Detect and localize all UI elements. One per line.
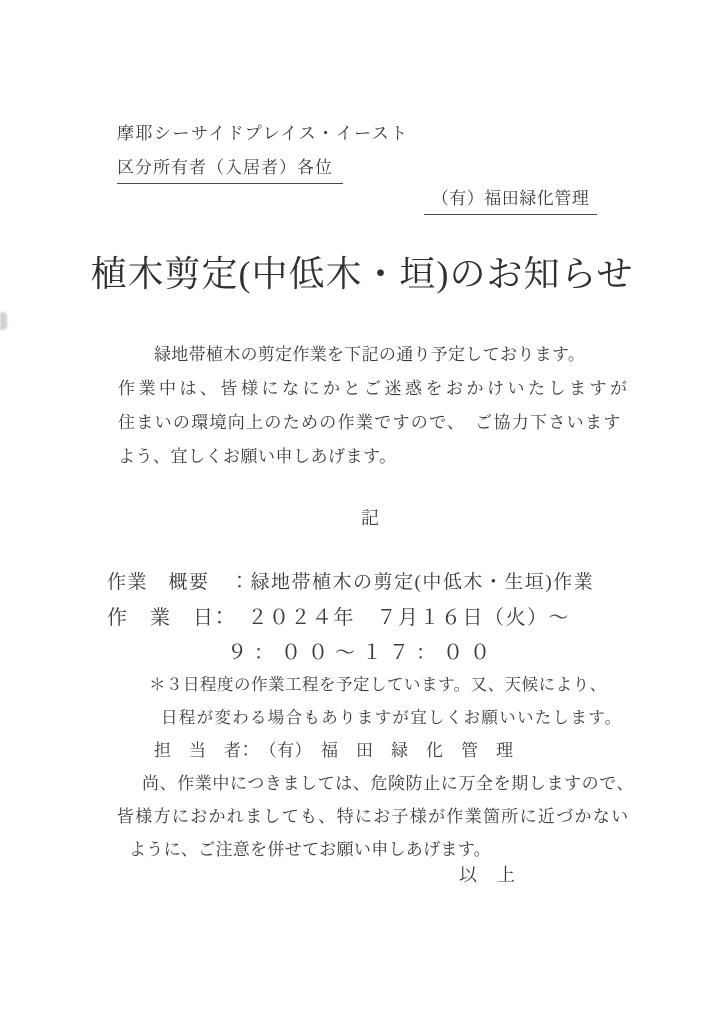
intro-line-2: 作業中は、皆様になにかとご迷惑をおかけいたしますが	[118, 372, 638, 406]
work-overview-line: 作業 概要 ：緑地帯植木の剪定(中低木・生垣)作業	[107, 567, 594, 594]
closing-marker: 以 上	[459, 861, 516, 887]
scan-artifact-smudge	[0, 312, 7, 330]
work-time-line: ９：００～１７：００	[0, 636, 724, 665]
intro-line-4: よう、宜しくお願い申しあげます。	[118, 440, 638, 474]
record-marker: 記	[0, 504, 724, 530]
schedule-note-line-2: 日程が変わる場合もありますが宜しくお願いいたします。	[161, 704, 622, 728]
caution-line-1: 尚、作業中につきましては、危険防止に万全を期しますので、	[142, 769, 634, 794]
recipient-addressee-line: 区分所有者（入居者）各位	[117, 153, 343, 184]
sender-company-name: （有）福田緑化管理	[424, 184, 597, 215]
schedule-note-line-1: ＊３日程度の作業工程を予定しています。又、天候により、	[149, 671, 607, 695]
work-date-line: 作 業 日： ２０２４年 ７月１６日（火）～	[107, 601, 570, 630]
staff-in-charge-line: 担 当 者： （有） 福 田 緑 化 管 理	[154, 736, 514, 761]
intro-paragraph: 緑地帯植木の剪定作業を下記の通り予定しております。 作業中は、皆様になにかとご迷…	[118, 338, 638, 474]
intro-line-1: 緑地帯植木の剪定作業を下記の通り予定しております。	[118, 338, 638, 372]
recipient-building-name: 摩耶シーサイドプレイス・イースト	[117, 119, 409, 144]
document-title: 植木剪定(中低木・垣)のお知らせ	[0, 246, 724, 297]
intro-line-3: 住まいの環境向上のための作業ですので、 ご協力下さいます	[118, 406, 638, 440]
caution-line-3: ように、ご注意を併せてお願い申しあげます。	[129, 835, 491, 860]
notice-document-page: 摩耶シーサイドプレイス・イースト 区分所有者（入居者）各位 （有）福田緑化管理 …	[0, 0, 724, 1024]
caution-line-2: 皆様方におかれましても、特にお子様が作業箇所に近づかない	[117, 802, 629, 827]
